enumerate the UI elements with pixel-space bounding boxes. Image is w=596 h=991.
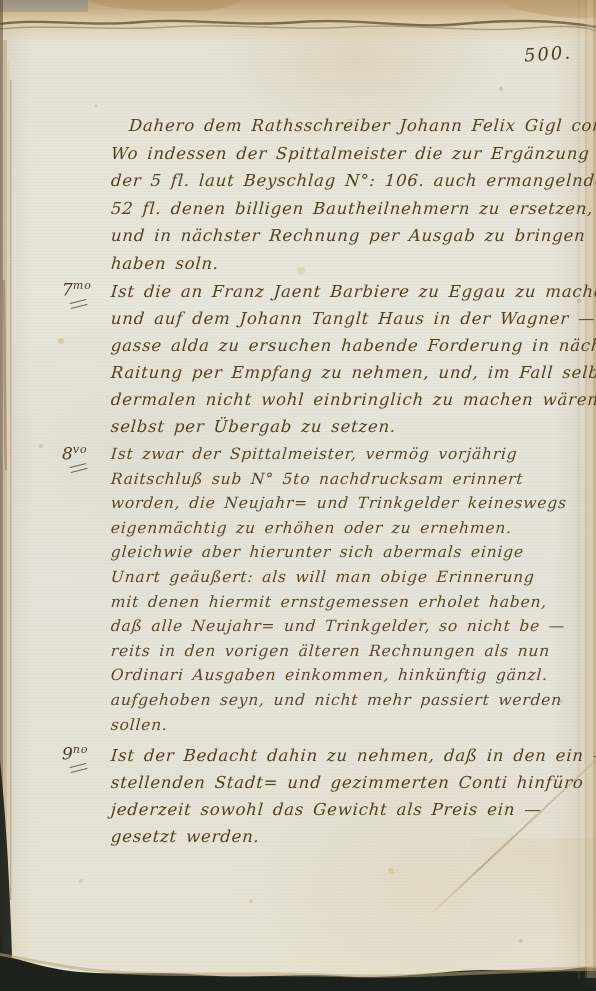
- handwritten-line: Ist der Bedacht dahin zu nehmen, daß in …: [110, 742, 596, 769]
- handwritten-line: stellenden Stadt= und gezimmerten Conti …: [110, 769, 596, 796]
- handwritten-line: Wo indessen der Spittalmeister die zur E…: [110, 140, 596, 168]
- handwritten-line: Raitung per Empfang zu nehmen, und, im F…: [110, 359, 596, 386]
- torn-edge-line: [0, 0, 596, 42]
- page-number: 500.: [523, 42, 572, 66]
- handwritten-line: mit denen hiermit ernstgemessen erholet …: [110, 590, 568, 615]
- margin-marker-7mo: 7mo: [62, 279, 92, 307]
- handwritten-line: 52 fl. denen billigen Bautheilnehmern zu…: [110, 195, 596, 223]
- handwritten-line: reits in den vorigen älteren Rechnungen …: [110, 639, 568, 664]
- handwritten-line: Dahero dem Rathsschreiber Johann Felix G…: [110, 112, 596, 140]
- margin-marker-8vo: 8vo: [62, 443, 88, 471]
- paragraph-1: Dahero dem Rathsschreiber Johann Felix G…: [110, 112, 596, 278]
- handwritten-line: Unart geäußert: als will man obige Erinn…: [110, 565, 568, 590]
- handwritten-line: eigenmächtig zu erhöhen oder zu ernehmen…: [110, 516, 568, 541]
- handwritten-line: aufgehoben seyn, und nicht mehr passiert…: [110, 688, 568, 713]
- handwritten-line: der 5 fl. laut Beyschlag N°: 106. auch e…: [110, 167, 596, 195]
- handwritten-line: gleichwie aber hierunter sich abermals e…: [110, 540, 568, 565]
- marker-ordinal: mo: [73, 279, 92, 292]
- handwritten-line: und in nächster Rechnung per Ausgab zu b…: [110, 222, 596, 250]
- handwritten-line: Raitschluß sub N° 5to nachdrucksam erinn…: [110, 467, 568, 492]
- torn-top-edge: [0, 0, 596, 42]
- handwritten-line: Ordinari Ausgaben einkommen, hinkünftig …: [110, 663, 568, 688]
- paragraph-8vo: 8vo Ist zwar der Spittalmeister, vermög …: [110, 442, 566, 737]
- handwritten-line: gesetzt werden.: [110, 823, 596, 850]
- handwritten-line: daß alle Neujahr= und Trinkgelder, so ni…: [110, 614, 568, 639]
- foxing-spots: [95, 105, 97, 107]
- handwritten-line: gasse alda zu ersuchen habende Forderung…: [110, 332, 596, 359]
- handwritten-line: haben soln.: [110, 250, 596, 278]
- handwritten-line: worden, die Neujahr= und Trinkgelder kei…: [110, 491, 568, 516]
- manuscript-page: 500. Dahero dem Rathsschreiber Johann Fe…: [0, 0, 596, 978]
- handwritten-line: dermalen nicht wohl einbringlich zu mach…: [110, 386, 596, 413]
- manuscript-scan: 500. Dahero dem Rathsschreiber Johann Fe…: [0, 0, 596, 991]
- handwritten-line: sollen.: [110, 713, 568, 738]
- paragraph-9no: 9no Ist der Bedacht dahin zu nehmen, daß…: [110, 742, 596, 850]
- marker-ordinal: no: [73, 743, 89, 756]
- paragraph-7mo: 7mo Ist die an Franz Jaent Barbiere zu E…: [110, 278, 596, 440]
- handwritten-line: jederzeit sowohl das Gewicht als Preis e…: [110, 796, 596, 823]
- marker-ordinal: vo: [73, 443, 88, 456]
- marker-number: 9: [62, 745, 73, 765]
- handwritten-line: Ist die an Franz Jaent Barbiere zu Eggau…: [110, 278, 596, 305]
- handwritten-line: selbst per Übergab zu setzen.: [110, 413, 596, 440]
- handwritten-line: und auf dem Johann Tanglt Haus in der Wa…: [110, 305, 596, 332]
- marker-number: 7: [62, 281, 73, 301]
- handwritten-line: Ist zwar der Spittalmeister, vermög vorj…: [110, 442, 568, 467]
- marker-number: 8: [62, 445, 73, 465]
- margin-marker-9no: 9no: [62, 743, 89, 771]
